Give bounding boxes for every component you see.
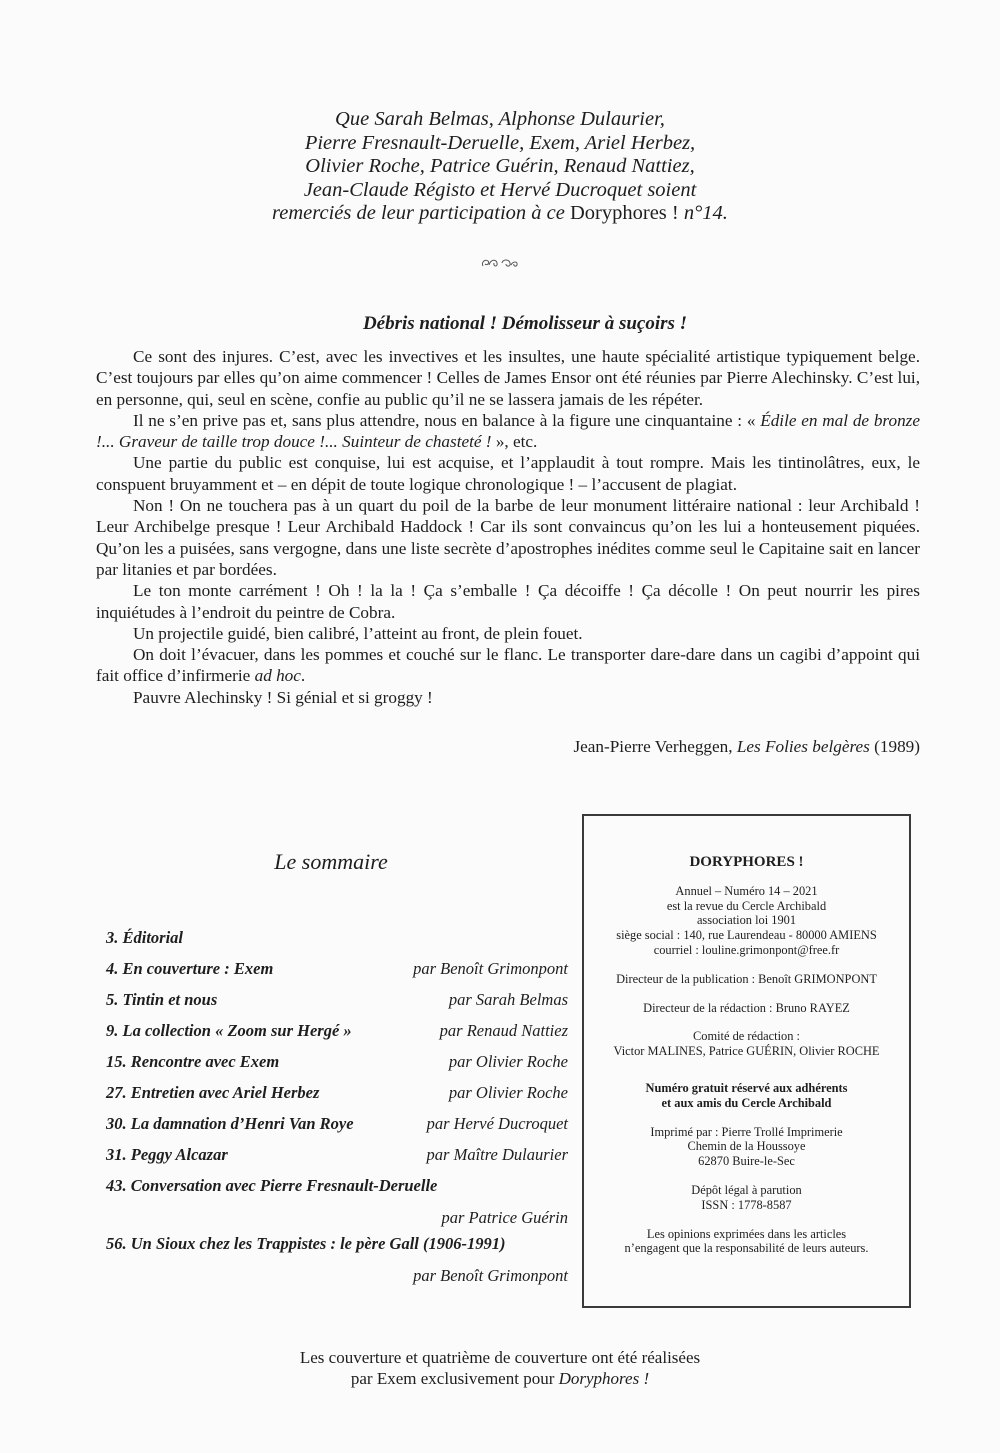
toc-author: par Benoît Grimonpont [413, 1266, 568, 1286]
issue-line: association loi 1901 [584, 913, 909, 928]
masthead-box: DORYPHORES ! Annuel – Numéro 14 – 2021 e… [582, 814, 911, 1308]
quote-body: Ce sont des injures. C’est, avec les inv… [96, 346, 920, 708]
toc-title: 30. La damnation d’Henri Van Roye [106, 1114, 354, 1134]
acknowledgements: Que Sarah Belmas, Alphonse Dulaurier, Pi… [150, 108, 850, 226]
toc-item[interactable]: 27. Entretien avec Ariel Herbezpar Olivi… [106, 1083, 568, 1114]
toc-title: 31. Peggy Alcazar [106, 1145, 228, 1165]
printer-line: 62870 Buire-le-Sec [584, 1154, 909, 1169]
masthead-title: DORYPHORES ! [584, 855, 909, 870]
email[interactable]: courriel : louline.grimonpont@free.fr [584, 943, 909, 958]
toc-item[interactable]: 3. Éditorial [106, 928, 568, 959]
paragraph: Non ! On ne touchera pas à un quart du p… [96, 495, 920, 580]
toc-item[interactable]: 9. La collection « Zoom sur Hergé »par R… [106, 1021, 568, 1052]
issue-line: Annuel – Numéro 14 – 2021 [584, 884, 909, 899]
text: », etc. [492, 432, 538, 451]
toc-title: 43. Conversation avec Pierre Fresnault-D… [106, 1176, 568, 1196]
paragraph: On doit l’évacuer, dans les pommes et co… [96, 644, 920, 687]
toc-author: par Olivier Roche [449, 1083, 568, 1103]
legal-line: Dépôt légal à parution [584, 1183, 909, 1198]
paragraph: Ce sont des injures. C’est, avec les inv… [96, 346, 920, 410]
credit-line: Les couverture et quatrième de couvertur… [150, 1347, 850, 1368]
disclaimer: Les opinions exprimées dans les articles… [584, 1227, 909, 1257]
toc-title: 9. La collection « Zoom sur Hergé » [106, 1021, 352, 1041]
toc-item[interactable]: 43. Conversation avec Pierre Fresnault-D… [106, 1176, 568, 1228]
quote-title: Débris national ! Démolisseur à suçoirs … [120, 313, 930, 335]
toc-item[interactable]: 15. Rencontre avec Exempar Olivier Roche [106, 1052, 568, 1083]
toc-title: 5. Tintin et nous [106, 990, 217, 1010]
issn: ISSN : 1778-8587 [584, 1198, 909, 1213]
credit-line: par Exem exclusivement pour Doryphores ! [150, 1368, 850, 1389]
notice-line: et aux amis du Cercle Archibald [584, 1096, 909, 1111]
notice-line: Numéro gratuit réservé aux adhérents [584, 1081, 909, 1096]
editorial-committee: Comité de rédaction : Victor MALINES, Pa… [584, 1029, 909, 1059]
text: . [301, 666, 305, 685]
thanks-line: Que Sarah Belmas, Alphonse Dulaurier, [150, 108, 850, 132]
disclaimer-line: n’engagent que la responsabilité de leur… [584, 1241, 909, 1256]
paragraph: Le ton monte carrément ! Oh ! la la ! Ça… [96, 580, 920, 623]
year: (1989) [870, 737, 920, 756]
legal-info: Dépôt légal à parution ISSN : 1778-8587 [584, 1183, 909, 1213]
table-of-contents: 3. Éditorial 4. En couverture : Exempar … [106, 928, 568, 1286]
committee-members: Victor MALINES, Patrice GUÉRIN, Olivier … [584, 1044, 909, 1059]
toc-title: 4. En couverture : Exem [106, 959, 273, 979]
toc-title: 56. Un Sioux chez les Trappistes : le pè… [106, 1234, 568, 1254]
toc-author: par Maître Dulaurier [427, 1145, 568, 1165]
printer-line: Imprimé par : Pierre Trollé Imprimerie [584, 1125, 909, 1140]
free-notice: Numéro gratuit réservé aux adhérents et … [584, 1081, 909, 1111]
table-of-contents-title: Le sommaire [96, 849, 566, 875]
magazine-title: Doryphores ! [570, 202, 679, 224]
toc-author: par Hervé Ducroquet [427, 1114, 568, 1134]
toc-title: 3. Éditorial [106, 928, 183, 948]
editorial-director: Directeur de la rédaction : Bruno RAYEZ [584, 1001, 909, 1016]
thanks-line: Jean-Claude Régisto et Hervé Ducroquet s… [150, 179, 850, 203]
toc-item[interactable]: 4. En couverture : Exempar Benoît Grimon… [106, 959, 568, 990]
paragraph: Un projectile guidé, bien calibré, l’att… [96, 623, 920, 644]
magazine-title: Doryphores ! [559, 1369, 650, 1388]
toc-author: par Benoît Grimonpont [413, 959, 568, 979]
toc-item[interactable]: 30. La damnation d’Henri Van Royepar Her… [106, 1114, 568, 1145]
italic-term: ad hoc [255, 666, 301, 685]
thanks-text: remerciés de leur participation à ce [272, 202, 570, 224]
paragraph: Il ne s’en prive pas et, sans plus atten… [96, 410, 920, 453]
toc-item[interactable]: 56. Un Sioux chez les Trappistes : le pè… [106, 1234, 568, 1286]
text: par Exem exclusivement pour [351, 1369, 559, 1388]
toc-title: 15. Rencontre avec Exem [106, 1052, 279, 1072]
issue-line: est la revue du Cercle Archibald [584, 899, 909, 914]
text: Il ne s’en prive pas et, sans plus atten… [133, 411, 760, 430]
address: siège social : 140, rue Laurendeau - 800… [584, 928, 909, 943]
toc-item[interactable]: 5. Tintin et nouspar Sarah Belmas [106, 990, 568, 1021]
printer-info: Imprimé par : Pierre Trollé Imprimerie C… [584, 1125, 909, 1169]
quote-attribution: Jean-Pierre Verheggen, Les Folies belgèr… [573, 737, 920, 757]
paragraph: Pauvre Alechinsky ! Si génial et si grog… [96, 687, 920, 708]
paragraph: Une partie du public est conquise, lui e… [96, 452, 920, 495]
toc-author: par Sarah Belmas [449, 990, 568, 1010]
fleuron-icon [480, 257, 520, 269]
thanks-line: remerciés de leur participation à ce Dor… [150, 202, 850, 226]
publication-director: Directeur de la publication : Benoît GRI… [584, 972, 909, 987]
issue-info: Annuel – Numéro 14 – 2021 est la revue d… [584, 884, 909, 958]
toc-author: par Patrice Guérin [442, 1208, 568, 1228]
issue-number: n°14. [679, 202, 728, 224]
committee-label: Comité de rédaction : [584, 1029, 909, 1044]
toc-item[interactable]: 31. Peggy Alcazarpar Maître Dulaurier [106, 1145, 568, 1176]
text: On doit l’évacuer, dans les pommes et co… [96, 645, 920, 685]
toc-author: par Renaud Nattiez [440, 1021, 568, 1041]
cover-credit: Les couverture et quatrième de couvertur… [150, 1347, 850, 1389]
toc-author: par Olivier Roche [449, 1052, 568, 1072]
author: Jean-Pierre Verheggen, [573, 737, 736, 756]
disclaimer-line: Les opinions exprimées dans les articles [584, 1227, 909, 1242]
work-title: Les Folies belgères [737, 737, 870, 756]
toc-title: 27. Entretien avec Ariel Herbez [106, 1083, 319, 1103]
ornament-icon [470, 257, 530, 273]
thanks-line: Pierre Fresnault-Deruelle, Exem, Ariel H… [150, 132, 850, 156]
printer-line: Chemin de la Houssoye [584, 1139, 909, 1154]
thanks-line: Olivier Roche, Patrice Guérin, Renaud Na… [150, 155, 850, 179]
